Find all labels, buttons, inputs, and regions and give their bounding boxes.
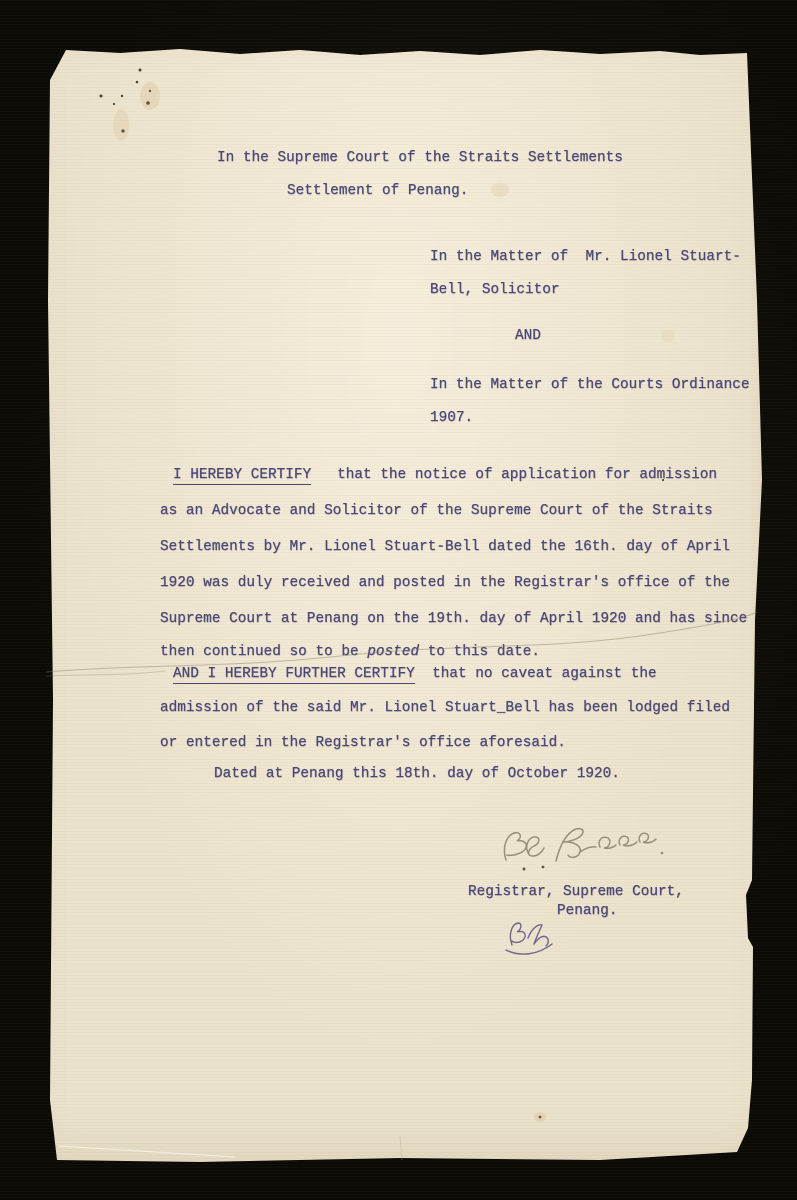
matter-conjunction: AND	[515, 328, 541, 345]
certify-phrase: I HEREBY CERTIFY	[173, 467, 311, 485]
certificate-line1-rest: that the notice of application for admis…	[311, 467, 717, 483]
certificate-line4: 1920 was duly received and posted in the…	[160, 575, 730, 592]
matter-line3: In the Matter of the Courts Ordinance	[430, 377, 750, 394]
further-certify-phrase: AND I HEREBY FURTHER CERTIFY	[173, 666, 415, 684]
registrar-title-line2: Penang.	[557, 903, 617, 920]
further-certificate-line2: admission of the said Mr. Lionel Stuart_…	[160, 700, 730, 717]
further-certificate-line1: AND I HEREBY FURTHER CERTIFY that no cav…	[173, 666, 657, 683]
paper-texture	[0, 0, 797, 1200]
certificate-line6-post: to this date.	[419, 644, 540, 660]
certificate-line2: as an Advocate and Solicitor of the Supr…	[160, 503, 713, 520]
court-heading-line1: In the Supreme Court of the Straits Sett…	[217, 150, 623, 167]
dated-line: Dated at Penang this 18th. day of Octobe…	[214, 766, 620, 783]
certificate-line6-pre: then continued so to be	[160, 644, 367, 660]
certificate-line5: Supreme Court at Penang on the 19th. day…	[160, 611, 747, 628]
matter-line2: Bell, Solicitor	[430, 282, 560, 299]
certificate-line3: Settlements by Mr. Lionel Stuart-Bell da…	[160, 539, 730, 556]
further-certificate-line3: or entered in the Registrar's office afo…	[160, 735, 566, 752]
registrar-title-line1: Registrar, Supreme Court,	[468, 884, 684, 901]
certificate-line1: I HEREBY CERTIFY that the notice of appl…	[173, 467, 717, 484]
certificate-line6-italic: posted	[367, 644, 419, 660]
further-certificate-line1-rest: that no caveat against the	[415, 666, 657, 682]
court-heading-line2: Settlement of Penang.	[287, 183, 468, 200]
certificate-line6: then continued so to be posted to this d…	[160, 644, 540, 661]
matter-line1: In the Matter of Mr. Lionel Stuart-	[430, 249, 741, 266]
matter-line4: 1907.	[430, 410, 473, 427]
